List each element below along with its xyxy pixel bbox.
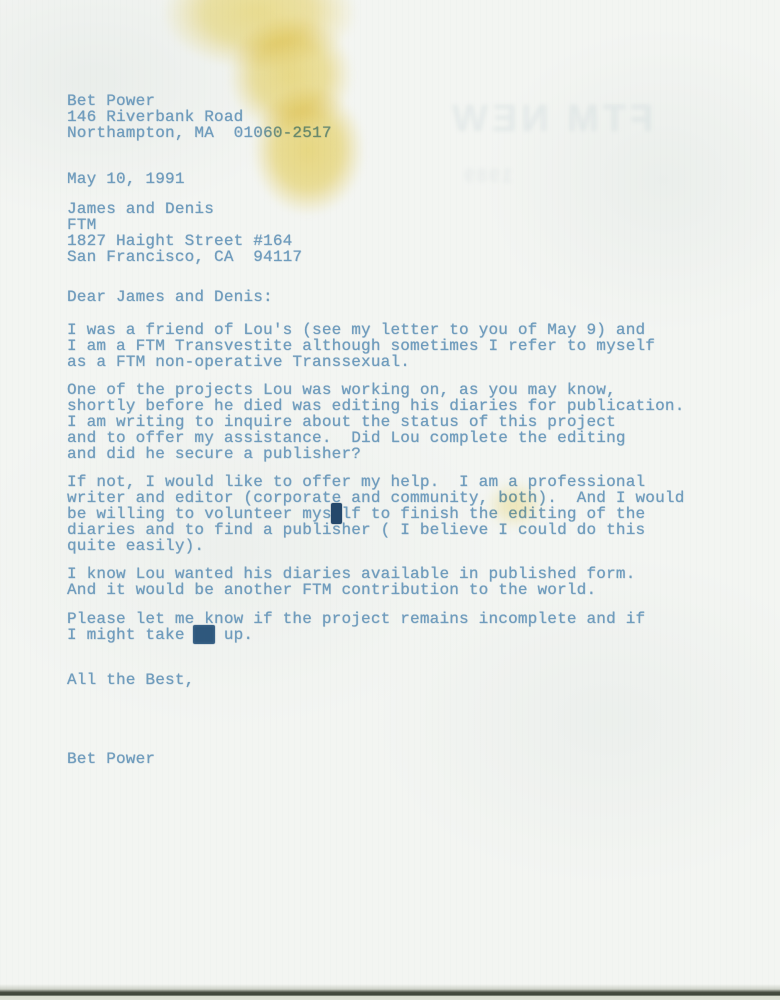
recipient-address: James and Denis FTM 1827 Haight Street #… (67, 201, 302, 265)
date-line: May 10, 1991 (67, 171, 185, 187)
bleed-through-text-1: FTM NEW (448, 98, 653, 141)
paragraph-3: If not, I would like to offer my help. I… (67, 474, 685, 554)
yellow-stain-top (162, 0, 357, 70)
paragraph-4: I know Lou wanted his diaries available … (67, 566, 636, 598)
paragraph-1: I was a friend of Lou's (see my letter t… (67, 322, 655, 370)
ink-blot: e (331, 503, 343, 524)
paragraph-5: Please let me know if the project remain… (67, 611, 645, 643)
closing: All the Best, (67, 672, 194, 688)
letter-page: FTM NEW 1989 Bet Power 146 Riverbank Roa… (0, 0, 780, 1000)
bleed-through-text-2: 1989 (462, 166, 512, 188)
sender-address: Bet Power 146 Riverbank Road Northampton… (67, 93, 332, 141)
ink-blot: it (193, 625, 215, 644)
scan-edge (0, 984, 780, 1000)
salutation: Dear James and Denis: (67, 289, 273, 305)
paragraph-2: One of the projects Lou was working on, … (67, 382, 685, 462)
signature-name: Bet Power (67, 751, 155, 767)
